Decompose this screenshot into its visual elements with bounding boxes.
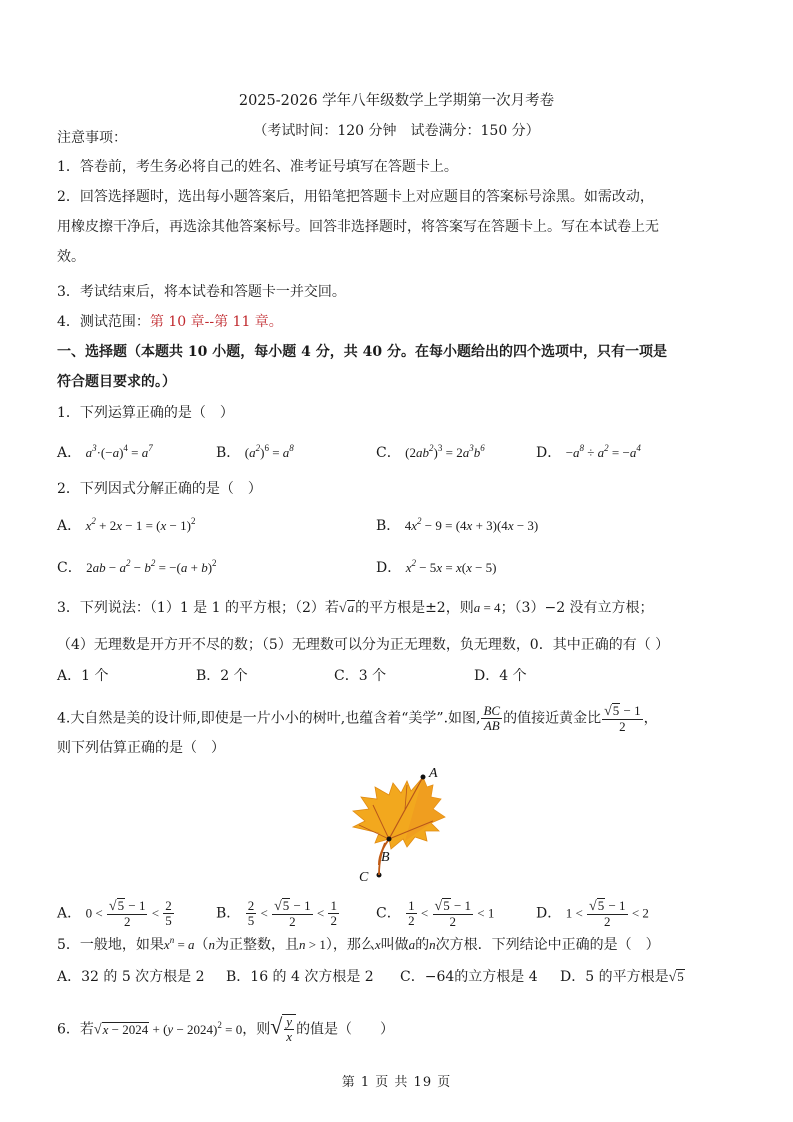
note-item-4: 4．测试范围：第 10 章--第 11 章。 [57, 312, 283, 332]
point-c-label: C [359, 870, 369, 885]
question-6-stem: 6．若√x − 2024 + (y − 2024)2 = 0，则√yx的值是（ … [57, 1014, 394, 1044]
question-1-option-c[interactable]: C． (2ab2)3 = 2a3b6 [376, 443, 485, 463]
question-2-option-b[interactable]: B． 4x2 − 9 = (4x + 3)(4x − 3) [376, 516, 538, 536]
point-a-label: A [428, 766, 438, 781]
question-2-option-a[interactable]: A． x2 + 2x − 1 = (x − 1)2 [57, 516, 195, 536]
exam-title: 2025-2026 学年八年级数学上学期第一次月考卷 [0, 91, 793, 111]
question-4-option-a[interactable]: A． 0 < √5 − 12 < 25 [57, 898, 175, 929]
question-4-option-c[interactable]: C． 12 < √5 − 12 < 1 [376, 898, 494, 929]
question-3-stem-cont: （4）无理数是开方开不尽的数；（5）无理数可以分为正无理数，负无理数，0．其中正… [57, 635, 669, 655]
question-4-stem-cont: 则下列估算正确的是（ ） [57, 738, 225, 758]
section-heading-cont: 符合题目要求的。） [57, 372, 176, 392]
question-3-option-b[interactable]: B．2 个 [196, 666, 248, 686]
note-item-2: 2．回答选择题时，选出每小题答案后，用铅笔把答题卡上对应题目的答案标号涂黑。如需… [57, 187, 654, 207]
question-3-option-a[interactable]: A．1 个 [57, 666, 108, 686]
question-2-option-d[interactable]: D． x2 − 5x = x(x − 5) [376, 558, 497, 578]
fraction-bc-ab: BCAB [481, 704, 502, 733]
point-b-label: B [381, 850, 390, 865]
question-3-option-d[interactable]: D．4 个 [474, 666, 527, 686]
scope-label: 4．测试范围： [57, 314, 150, 330]
notes-heading: 注意事项： [57, 128, 127, 148]
question-5-stem: 5．一般地，如果xn = a（n为正整数，且n > 1），那么x叫做a的n次方根… [57, 935, 660, 955]
note-item-3: 3．考试结束后，将本试卷和答题卡一并交回。 [57, 282, 346, 302]
note-item-1: 1．答卷前，考生务必将自己的姓名、准考证号填写在答题卡上。 [57, 157, 458, 177]
scope-value: 第 10 章--第 11 章。 [150, 314, 283, 330]
question-4-option-d[interactable]: D． 1 < √5 − 12 < 2 [536, 898, 649, 929]
maple-leaf-figure: A B C [345, 765, 455, 890]
question-5-option-a[interactable]: A．32 的 5 次方根是 2 [57, 967, 205, 987]
question-4-stem: 4.大自然是美的设计师,即使是一片小小的树叶,也蕴含着“美学”.如图,BCAB的… [57, 703, 658, 734]
note-item-2-end: 效。 [57, 247, 85, 267]
question-1-stem: 1．下列运算正确的是（ ） [57, 403, 234, 423]
question-5-option-d[interactable]: D．5 的平方根是√5 [560, 967, 685, 988]
question-1-option-b[interactable]: B． (a2)6 = a8 [216, 443, 294, 463]
page-number: 第 1 页 共 19 页 [0, 1073, 793, 1093]
note-item-2-cont: 用橡皮擦干净后，再选涂其他答案标号。回答非选择题时，将答案写在答题卡上。写在本试… [57, 217, 659, 237]
question-1-option-a[interactable]: A． a3·(−a)4 = a7 [57, 443, 153, 463]
question-2-stem: 2．下列因式分解正确的是（ ） [57, 479, 262, 499]
question-4-option-b[interactable]: B． 25 < √5 − 12 < 12 [216, 898, 340, 929]
question-2-option-c[interactable]: C． 2ab − a2 − b2 = −(a + b)2 [57, 558, 217, 578]
question-3-option-c[interactable]: C．3 个 [334, 666, 386, 686]
fraction-golden-ratio: √5 − 12 [602, 703, 643, 734]
section-heading: 一、选择题（本题共 10 小题，每小题 4 分，共 40 分。在每小题给出的四个… [57, 342, 667, 362]
question-3-stem: 3．下列说法：（1）1 是 1 的平方根；（2）若√a的平方根是±2，则a = … [57, 598, 654, 619]
question-5-option-c[interactable]: C．−64的立方根是 4 [400, 967, 538, 987]
question-5-option-b[interactable]: B．16 的 4 次方根是 2 [226, 967, 374, 987]
question-1-option-d[interactable]: D． −a8 ÷ a2 = −a4 [536, 443, 641, 463]
exam-page: 2025-2026 学年八年级数学上学期第一次月考卷 （考试时间：120 分钟 … [0, 0, 793, 1122]
